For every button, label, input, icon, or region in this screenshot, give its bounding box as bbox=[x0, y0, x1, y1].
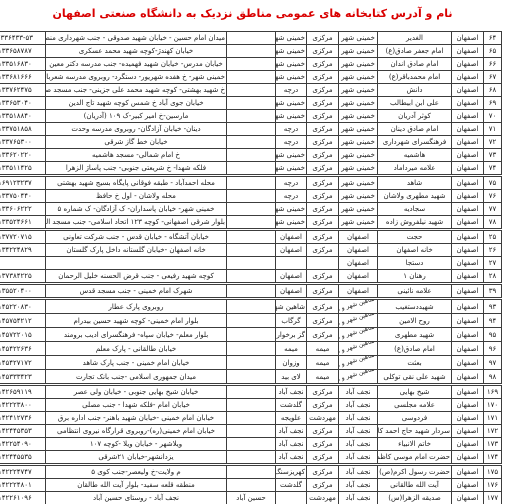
cell-city: شاهین شهر bbox=[276, 299, 307, 314]
cell-no: ۲۷ bbox=[484, 257, 502, 270]
cell-city: نجف آباد bbox=[276, 451, 307, 465]
cell-province: اصفهان bbox=[452, 97, 484, 110]
cell-address: ویلاشهر - خیابان ویلا -کوچه ۱۰۷ bbox=[46, 438, 227, 451]
tilted-county-label: شاهین شهر و میمه bbox=[339, 314, 377, 328]
cell-name: دستجا bbox=[378, 257, 452, 270]
cell-city: خمینی شهر bbox=[276, 45, 307, 58]
cell-name: بعثت bbox=[378, 356, 452, 370]
cell-address: میدان جمهوری اسلامی -جنب بانک تجارت bbox=[46, 370, 227, 385]
cell-no: ۱۷۳ bbox=[484, 438, 502, 451]
cell-village bbox=[227, 425, 276, 438]
cell-name: امام صادق اندان bbox=[378, 58, 452, 71]
cell-name: صدیقه الزهرا(س) bbox=[378, 492, 452, 504]
cell-village bbox=[227, 216, 276, 230]
cell-name: آیت الله طالقانی bbox=[378, 479, 452, 492]
table-row: ۱۷۲اصفهانسردار شهید حاج احمد کاظمینجف آب… bbox=[0, 425, 502, 438]
cell-county: نجف آباد bbox=[339, 451, 378, 465]
cell-name: دانش bbox=[378, 84, 452, 97]
cell-district: مرکزی bbox=[307, 479, 339, 492]
cell-county: نجف آباد bbox=[339, 399, 378, 412]
cell-phone: ۳۱۴۵۴۲۲۶۳۶ bbox=[0, 342, 46, 356]
cell-village bbox=[227, 342, 276, 356]
cell-village bbox=[227, 438, 276, 451]
cell-village bbox=[227, 385, 276, 399]
cell-name: امام صادق(ع) bbox=[378, 342, 452, 356]
cell-address: خیابان امام خمینی - جنب پارک شاهد bbox=[46, 356, 227, 370]
cell-address: خمینی شهر- خ هفده شهریور- دستگرد- روبروی… bbox=[46, 71, 227, 84]
cell-address: خیابان کهندژ-کوچه شهید محمد عسکری bbox=[46, 45, 227, 58]
cell-name: هاشمیه bbox=[378, 149, 452, 162]
cell-city: نجف آباد bbox=[276, 425, 307, 438]
cell-phone: ۳۱۳۳۷۶۲۴۷۵ bbox=[0, 84, 46, 97]
cell-no: ۶۸ bbox=[484, 84, 502, 97]
cell-address: خ امام شمالی- مسجد هاشمیه bbox=[46, 149, 227, 162]
cell-no: ۷۰ bbox=[484, 110, 502, 123]
cell-district: مرکزی bbox=[307, 110, 339, 123]
cell-province: اصفهان bbox=[452, 110, 484, 123]
cell-no: ۱۷۰ bbox=[484, 399, 502, 412]
table-row: ۹۳اصفهانشهیددستغیبشاهین شهر و میمهمرکزیش… bbox=[0, 299, 502, 314]
cell-city: اصفهان bbox=[276, 230, 307, 244]
cell-village bbox=[227, 71, 276, 84]
cell-province: اصفهان bbox=[452, 176, 484, 190]
cell-city: خمینی شهر bbox=[276, 203, 307, 216]
cell-village bbox=[227, 110, 276, 123]
cell-province: اصفهان bbox=[452, 190, 484, 203]
cell-phone: ۳۱۴۲۴۴۵۵۳۵ bbox=[0, 451, 46, 465]
cell-province: اصفهان bbox=[452, 84, 484, 97]
cell-address: فلکه شهدا- خ شریعتی جنوبی- جنب پاساژ الز… bbox=[46, 162, 227, 176]
cell-phone: ۳۱۳۳۶۵۳۰۴۰ bbox=[0, 97, 46, 110]
cell-address: خیابان امام خمینی(ره)-روبروی قرارگاه نیر… bbox=[46, 425, 227, 438]
cell-phone: ۳۱۴۲۲۲۴۷۴۷ bbox=[0, 465, 46, 479]
cell-district: مرکزی bbox=[307, 84, 339, 97]
table-row: ۷۸اصفهانشهید نیلفروش زادهخمینی شهرمرکزیخ… bbox=[0, 216, 502, 230]
cell-phone: ۹۱۶۹۱۲۳۲۳۷ bbox=[0, 176, 46, 190]
cell-no: ۶۵ bbox=[484, 45, 502, 58]
cell-district bbox=[307, 257, 339, 270]
cell-province: اصفهان bbox=[452, 71, 484, 84]
cell-address: بلوار معلم- خیابان سپاه- فرهنگسرای ادیب … bbox=[46, 328, 227, 342]
cell-province: اصفهان bbox=[452, 230, 484, 244]
cell-name: شهید نیلفروش زاده bbox=[378, 216, 452, 230]
table-row: ۱۷۴اصفهانحضرت امام موسی کاظم(ع)نجف آبادم… bbox=[0, 451, 502, 465]
tilted-county-label: شاهین شهر و میمه bbox=[339, 370, 377, 385]
cell-district: مرکزی bbox=[307, 58, 339, 71]
cell-no: ۷۶ bbox=[484, 190, 502, 203]
table-row: ۱۷۳اصفهانخاتم الانبیاءنجف آبادمرکزینجف آ… bbox=[0, 438, 502, 451]
cell-province: اصفهان bbox=[452, 465, 484, 479]
cell-name: فردوسی bbox=[378, 412, 452, 425]
table-row: ۹۵اصفهانشهید مطهریشاهین شهر و میمهمرکزیگ… bbox=[0, 328, 502, 342]
cell-district: مرکزی bbox=[307, 244, 339, 257]
cell-district: مرکزی bbox=[307, 314, 339, 328]
cell-name: حضرت رسول اکرم(ص) bbox=[378, 465, 452, 479]
cell-address: خ شهید بهشتی- کوچه شهید محمد علی جزینی- … bbox=[46, 84, 227, 97]
cell-phone: ۳۱۳۳۶۰۶۲۲۲ bbox=[0, 203, 46, 216]
cell-no: ۷۵ bbox=[484, 176, 502, 190]
table-row: ۶۴اصفهانالغدیرخمینی شهرمرکزیخمینی شهرمید… bbox=[0, 32, 502, 45]
cell-name: سجادیه bbox=[378, 203, 452, 216]
cell-province: اصفهان bbox=[452, 399, 484, 412]
cell-phone: ۳۱۳۳۵۲۴۶۶۱ bbox=[0, 216, 46, 230]
cell-address: خیابان آتشگاه - خیابان قدس - جنب شرکت تع… bbox=[46, 230, 227, 244]
cell-village bbox=[227, 45, 276, 58]
cell-province: اصفهان bbox=[452, 385, 484, 399]
cell-province: اصفهان bbox=[452, 270, 484, 284]
cell-city: درچه bbox=[276, 123, 307, 136]
cell-city: درچه bbox=[276, 84, 307, 97]
cell-county: خمینی شهر bbox=[339, 110, 378, 123]
cell-county: خمینی شهر bbox=[339, 216, 378, 230]
cell-village bbox=[227, 370, 276, 385]
table-row: ۱۶۹اصفهانشیخ بهایینجف آبادمرکزینجف آبادخ… bbox=[0, 385, 502, 399]
cell-no: ۹۴ bbox=[484, 314, 502, 328]
cell-county: اصفهان bbox=[339, 244, 378, 257]
cell-no: ۲۶ bbox=[484, 244, 502, 257]
table-row: ۱۷۵اصفهانحضرت رسول اکرم(ص)نجف آبادمرکزیک… bbox=[0, 465, 502, 479]
cell-address: بلوار امام خمینی- کوچه شهید حسین بیدرام bbox=[46, 314, 227, 328]
cell-address: خیابان جوی آباد خ شمس کوچه شهید تاج الدی… bbox=[46, 97, 227, 110]
cell-phone: ۳۱۳۳۶۵۸۷۸۷ bbox=[0, 45, 46, 58]
cell-province: اصفهان bbox=[452, 136, 484, 149]
cell-address: م ولایت-خ ولیعصر-جنب کوی ۵ bbox=[46, 465, 227, 479]
table-row: ۳۹اصفهانعلامه نائینیاصفهانمرکزیاصفهانشهر… bbox=[0, 284, 502, 299]
cell-county: نجف آباد bbox=[339, 492, 378, 504]
cell-village bbox=[227, 356, 276, 370]
cell-phone: ۳۱۴۲۲۲۳۸۰۰ bbox=[0, 399, 46, 412]
cell-district: مرکزی bbox=[307, 45, 339, 58]
cell-city: گرگاب bbox=[276, 314, 307, 328]
table-row: ۹۷اصفهانبعثتشاهین شهر و میمهمیمهوزوانخیا… bbox=[0, 356, 502, 370]
table-row: ۷۲اصفهانفرهنگسرای شهرداریخمینی شهرمرکزید… bbox=[0, 136, 502, 149]
cell-province: اصفهان bbox=[452, 45, 484, 58]
cell-district: مرکزی bbox=[307, 328, 339, 342]
cell-name: کوثر آدریان bbox=[378, 110, 452, 123]
cell-province: اصفهان bbox=[452, 244, 484, 257]
cell-county: خمینی شهر bbox=[339, 71, 378, 84]
cell-address bbox=[46, 257, 227, 270]
cell-address: روبروی پارک عطار bbox=[46, 299, 227, 314]
cell-name: الغدیر bbox=[378, 32, 452, 45]
cell-no: ۶۷ bbox=[484, 71, 502, 84]
cell-address: یزدانشهر-خیابان ۲۱شرقی bbox=[46, 451, 227, 465]
cell-district: مرکزی bbox=[307, 425, 339, 438]
cell-district: مرکزی bbox=[307, 162, 339, 176]
cell-district: مرکزی bbox=[307, 399, 339, 412]
cell-province: اصفهان bbox=[452, 216, 484, 230]
cell-village bbox=[227, 299, 276, 314]
cell-address: محله احمدآباد - طبقه فوقانی پایگاه بسیج … bbox=[46, 176, 227, 190]
cell-village bbox=[227, 314, 276, 328]
cell-name: خاتم الانبیاء bbox=[378, 438, 452, 451]
cell-county: خمینی شهر bbox=[339, 123, 378, 136]
cell-city bbox=[276, 492, 307, 504]
cell-county: شاهین شهر و میمه bbox=[339, 342, 378, 356]
cell-county: اصفهان bbox=[339, 284, 378, 299]
table-row: ۱۷۶اصفهانآیت الله طالقانینجف آبادمرکزیگل… bbox=[0, 479, 502, 492]
table-row: ۷۴اصفهانعلامه میردامادخمینی شهرمرکزیخمین… bbox=[0, 162, 502, 176]
libraries-table: ۶۴اصفهانالغدیرخمینی شهرمرکزیخمینی شهرمید… bbox=[0, 31, 502, 504]
cell-county: نجف آباد bbox=[339, 438, 378, 451]
cell-district: مرکزی bbox=[307, 149, 339, 162]
cell-name: روح الامین bbox=[378, 314, 452, 328]
cell-address: خیابان امام خمینی -خیابان شهید باهنر- جن… bbox=[46, 412, 227, 425]
cell-county: نجف آباد bbox=[339, 479, 378, 492]
cell-village bbox=[227, 284, 276, 299]
cell-district: مرکزی bbox=[307, 284, 339, 299]
cell-name: رهنان ۱ bbox=[378, 270, 452, 284]
cell-address: خمینی شهر- خیابان پاسداران- ک آزادگان- ک… bbox=[46, 203, 227, 216]
cell-phone: ۳۱۴۵۳۳۳۴۲۳ bbox=[0, 370, 46, 385]
cell-village bbox=[227, 399, 276, 412]
table-row: ۲۶اصفهانخانه اصفهاناصفهانمرکزیاصفهانخانه… bbox=[0, 244, 502, 257]
cell-county: نجف آباد bbox=[339, 465, 378, 479]
cell-city: لای بید bbox=[276, 370, 307, 385]
table-row: ۶۷اصفهانامام محمدباقر(ع)خمینی شهرمرکزیخم… bbox=[0, 71, 502, 84]
cell-address: خیابان امام -فلکه شهدا - جنب مصلی bbox=[46, 399, 227, 412]
cell-city: خمینی شهر bbox=[276, 110, 307, 123]
table-row: ۹۸اصفهانشهید علی نقی توکلیشاهین شهر و می… bbox=[0, 370, 502, 385]
cell-city bbox=[276, 257, 307, 270]
cell-name: شاهد bbox=[378, 176, 452, 190]
cell-no: ۹۶ bbox=[484, 342, 502, 356]
cell-province: اصفهان bbox=[452, 162, 484, 176]
cell-province: اصفهان bbox=[452, 492, 484, 504]
cell-province: اصفهان bbox=[452, 479, 484, 492]
cell-city: علویجه bbox=[276, 412, 307, 425]
cell-province: اصفهان bbox=[452, 342, 484, 356]
cell-phone: ۳۱۳۳۶۴۳۳-۵۳ bbox=[0, 32, 46, 45]
table-row: ۹۶اصفهانامام صادق(ع)شاهین شهر و میمهمیمه… bbox=[0, 342, 502, 356]
cell-phone: ۳۱۴۲۶۵۹۱۱۹ bbox=[0, 385, 46, 399]
cell-district: مرکزی bbox=[307, 438, 339, 451]
cell-city: خمینی شهر bbox=[276, 149, 307, 162]
cell-phone bbox=[0, 257, 46, 270]
cell-province: اصفهان bbox=[452, 412, 484, 425]
cell-province: اصفهان bbox=[452, 328, 484, 342]
cell-city: میمه bbox=[276, 342, 307, 356]
cell-district: مرکزی bbox=[307, 270, 339, 284]
cell-phone: ۳۱۳۳۷۵۱۸۵۸ bbox=[0, 123, 46, 136]
cell-village bbox=[227, 257, 276, 270]
cell-village bbox=[227, 149, 276, 162]
cell-district: مهردشت bbox=[307, 492, 339, 504]
cell-district: مرکزی bbox=[307, 123, 339, 136]
cell-village bbox=[227, 190, 276, 203]
cell-address: شهرک امام خمینی - جنب مسجد قدس bbox=[46, 284, 227, 299]
cell-county: شاهین شهر و میمه bbox=[339, 370, 378, 385]
cell-phone: ۳۱۴۵۲۲۰۸۳۰ bbox=[0, 299, 46, 314]
table-row: ۲۸اصفهانرهنان ۱اصفهانمرکزیاصفهانکوچه شهی… bbox=[0, 270, 502, 284]
table-row: ۶۸اصفهاندانشخمینی شهرمرکزیدرچهخ شهید بهش… bbox=[0, 84, 502, 97]
cell-county: اصفهان bbox=[339, 270, 378, 284]
tilted-county-label: شاهین شهر و میمه bbox=[339, 328, 377, 342]
cell-county: خمینی شهر bbox=[339, 203, 378, 216]
cell-county: شاهین شهر و میمه bbox=[339, 356, 378, 370]
cell-phone: ۳۱۳۳۵۱۶۸۳۰ bbox=[0, 58, 46, 71]
cell-address: منطقه قلعه سفید- بلوار آیت الله طالقان bbox=[46, 479, 227, 492]
table-row: ۲۷اصفهاندستجااصفهان bbox=[0, 257, 502, 270]
cell-no: ۹۵ bbox=[484, 328, 502, 342]
cell-city: خمینی شهر bbox=[276, 216, 307, 230]
cell-address: خیابان شیخ بهایی جنوبی - خیابان ولی عصر bbox=[46, 385, 227, 399]
table-row: ۲۵اصفهانحجتاصفهانمرکزیاصفهانخیابان آتشگا… bbox=[0, 230, 502, 244]
cell-no: ۷۴ bbox=[484, 162, 502, 176]
cell-address: خانه اصفهان -خیابان گلستانه داخل پارک گل… bbox=[46, 244, 227, 257]
cell-county: شاهین شهر و میمه bbox=[339, 314, 378, 328]
cell-village bbox=[227, 123, 276, 136]
cell-no: ۶۹ bbox=[484, 97, 502, 110]
cell-no: ۱۷۲ bbox=[484, 425, 502, 438]
table-row: ۷۵اصفهانشاهدخمینی شهرمرکزیدرچهمحله احمدآ… bbox=[0, 176, 502, 190]
cell-phone: ۳۱۴۵۷۲۲۰۱۵ bbox=[0, 328, 46, 342]
cell-county: خمینی شهر bbox=[339, 162, 378, 176]
cell-phone: ۳۱۳۳۷۵۰۴۴۰ bbox=[0, 190, 46, 203]
table-row: ۷۶اصفهانشهید مطهری ولاشانخمینی شهرمرکزید… bbox=[0, 190, 502, 203]
cell-city: خمینی شهر bbox=[276, 97, 307, 110]
cell-district: مرکزی bbox=[307, 203, 339, 216]
cell-district: مرکزی bbox=[307, 176, 339, 190]
cell-county: شاهین شهر و میمه bbox=[339, 299, 378, 314]
tilted-county-label: شاهین شهر و میمه bbox=[339, 299, 377, 314]
cell-province: اصفهان bbox=[452, 123, 484, 136]
cell-name: شیخ بهایی bbox=[378, 385, 452, 399]
tilted-county-label: شاهین شهر و میمه bbox=[339, 356, 377, 370]
cell-province: اصفهان bbox=[452, 284, 484, 299]
cell-province: اصفهان bbox=[452, 32, 484, 45]
cell-name: امام صادق دینان bbox=[378, 123, 452, 136]
cell-no: ۹۸ bbox=[484, 370, 502, 385]
cell-name: شهیددستغیب bbox=[378, 299, 452, 314]
table-row: ۷۰اصفهانکوثر آدریانخمینی شهرمرکزیخمینی ش… bbox=[0, 110, 502, 123]
cell-village bbox=[227, 465, 276, 479]
cell-address: مارسین-خ امیر کبیر-ک ۱۰۹ (آدریان) bbox=[46, 110, 227, 123]
cell-phone: ۳۱۳۴۲۲۴۸۲۹ bbox=[0, 244, 46, 257]
cell-county: شاهین شهر و میمه bbox=[339, 328, 378, 342]
cell-district: مرکزی bbox=[307, 299, 339, 314]
cell-county: خمینی شهر bbox=[339, 136, 378, 149]
cell-no: ۹۳ bbox=[484, 299, 502, 314]
cell-county: خمینی شهر bbox=[339, 32, 378, 45]
cell-city: خمینی شهر bbox=[276, 58, 307, 71]
cell-no: ۷۳ bbox=[484, 149, 502, 162]
cell-city: خمینی شهر bbox=[276, 162, 307, 176]
cell-city: گلدشت bbox=[276, 479, 307, 492]
cell-province: اصفهان bbox=[452, 425, 484, 438]
cell-district: میمه bbox=[307, 342, 339, 356]
cell-city: نجف آباد bbox=[276, 385, 307, 399]
cell-address: دینان- خیابان آزادگان- روبروی مدرسه وحدت bbox=[46, 123, 227, 136]
cell-name: حجت bbox=[378, 230, 452, 244]
cell-no: ۱۶۹ bbox=[484, 385, 502, 399]
cell-village bbox=[227, 136, 276, 149]
cell-phone: ۳۱۳۳۷۶۵۳۰۰ bbox=[0, 136, 46, 149]
cell-no: ۹۷ bbox=[484, 356, 502, 370]
cell-name: شهید مطهری ولاشان bbox=[378, 190, 452, 203]
cell-county: خمینی شهر bbox=[339, 84, 378, 97]
cell-county: نجف آباد bbox=[339, 412, 378, 425]
cell-village bbox=[227, 244, 276, 257]
cell-phone: ۳۱۴۲۲۶۱۰۹۶ bbox=[0, 492, 46, 504]
cell-no: ۷۸ bbox=[484, 216, 502, 230]
cell-province: اصفهان bbox=[452, 438, 484, 451]
cell-no: ۲۸ bbox=[484, 270, 502, 284]
cell-province: اصفهان bbox=[452, 451, 484, 465]
cell-province: اصفهان bbox=[452, 58, 484, 71]
cell-phone: ۳۱۴۵۴۲۷۱۷۲ bbox=[0, 356, 46, 370]
cell-province: اصفهان bbox=[452, 299, 484, 314]
cell-district: مرکزی bbox=[307, 465, 339, 479]
cell-address: کوچه شهید رفیعی - جنب قرض الحسنه خلیل ال… bbox=[46, 270, 227, 284]
cell-county: اصفهان bbox=[339, 230, 378, 244]
cell-phone: ۳۱۴۲۲۵۴۰۹۰ bbox=[0, 438, 46, 451]
cell-district: مرکزی bbox=[307, 71, 339, 84]
cell-city: درچه bbox=[276, 136, 307, 149]
cell-city: خمینی شهر bbox=[276, 32, 307, 45]
cell-no: ۷۱ bbox=[484, 123, 502, 136]
cell-district: مرکزی bbox=[307, 136, 339, 149]
cell-no: ۱۷۴ bbox=[484, 451, 502, 465]
cell-village: حسین آباد bbox=[227, 492, 276, 504]
cell-no: ۱۷۷ bbox=[484, 492, 502, 504]
cell-city: گلدشت bbox=[276, 399, 307, 412]
cell-province: اصفهان bbox=[452, 149, 484, 162]
cell-county: خمینی شهر bbox=[339, 97, 378, 110]
cell-city: اصفهان bbox=[276, 244, 307, 257]
cell-name: علی ابن ابیطالب bbox=[378, 97, 452, 110]
cell-district: میمه bbox=[307, 356, 339, 370]
cell-phone: ۳۱۴۲۲۲۴۸۰۱ bbox=[0, 479, 46, 492]
page-title: نام و آدرس کتابخانه های عمومی مناطق نزدی… bbox=[0, 0, 505, 20]
cell-village bbox=[227, 84, 276, 97]
cell-phone: ۳۱۳۵۵۲۰۴۰۰ bbox=[0, 284, 46, 299]
cell-province: اصفهان bbox=[452, 314, 484, 328]
cell-village bbox=[227, 32, 276, 45]
cell-village bbox=[227, 451, 276, 465]
table-row: ۶۹اصفهانعلی ابن ابیطالبخمینی شهرمرکزیخمی… bbox=[0, 97, 502, 110]
table-row: ۹۴اصفهانروح الامینشاهین شهر و میمهمرکزیگ… bbox=[0, 314, 502, 328]
tilted-county-label: شاهین شهر و میمه bbox=[339, 342, 377, 356]
cell-address: بلوار شرقی اصفهانی- کوچه ۱۲۳ اتحاد اسلام… bbox=[46, 216, 227, 230]
cell-village bbox=[227, 176, 276, 190]
table-row: ۷۱اصفهانامام صادق دینانخمینی شهرمرکزیدرچ… bbox=[0, 123, 502, 136]
cell-city: کهریزسنگ bbox=[276, 465, 307, 479]
cell-name: شهید مطهری bbox=[378, 328, 452, 342]
cell-village bbox=[227, 97, 276, 110]
cell-city: خمینی شهر bbox=[276, 71, 307, 84]
cell-county: خمینی شهر bbox=[339, 176, 378, 190]
cell-district: مرکزی bbox=[307, 451, 339, 465]
cell-district: مرکزی bbox=[307, 32, 339, 45]
cell-village bbox=[227, 162, 276, 176]
table-row: ۱۷۱اصفهانفردوسینجف آبادمهردشتعلویجهخیابا… bbox=[0, 412, 502, 425]
cell-district: مرکزی bbox=[307, 230, 339, 244]
cell-name: علامه مجلسی bbox=[378, 399, 452, 412]
cell-phone: ۳۱۳۷۳۸۴۲۲۵ bbox=[0, 270, 46, 284]
cell-village bbox=[227, 270, 276, 284]
cell-village bbox=[227, 479, 276, 492]
cell-city: اصفهان bbox=[276, 270, 307, 284]
cell-name: خانه اصفهان bbox=[378, 244, 452, 257]
cell-address: خیابان خط گاز شرقی bbox=[46, 136, 227, 149]
cell-no: ۶۴ bbox=[484, 32, 502, 45]
cell-village bbox=[227, 412, 276, 425]
cell-district: مرکزی bbox=[307, 190, 339, 203]
cell-name: فرهنگسرای شهرداری bbox=[378, 136, 452, 149]
cell-name: امام جعفر صادق(ع) bbox=[378, 45, 452, 58]
cell-city: وزوان bbox=[276, 356, 307, 370]
